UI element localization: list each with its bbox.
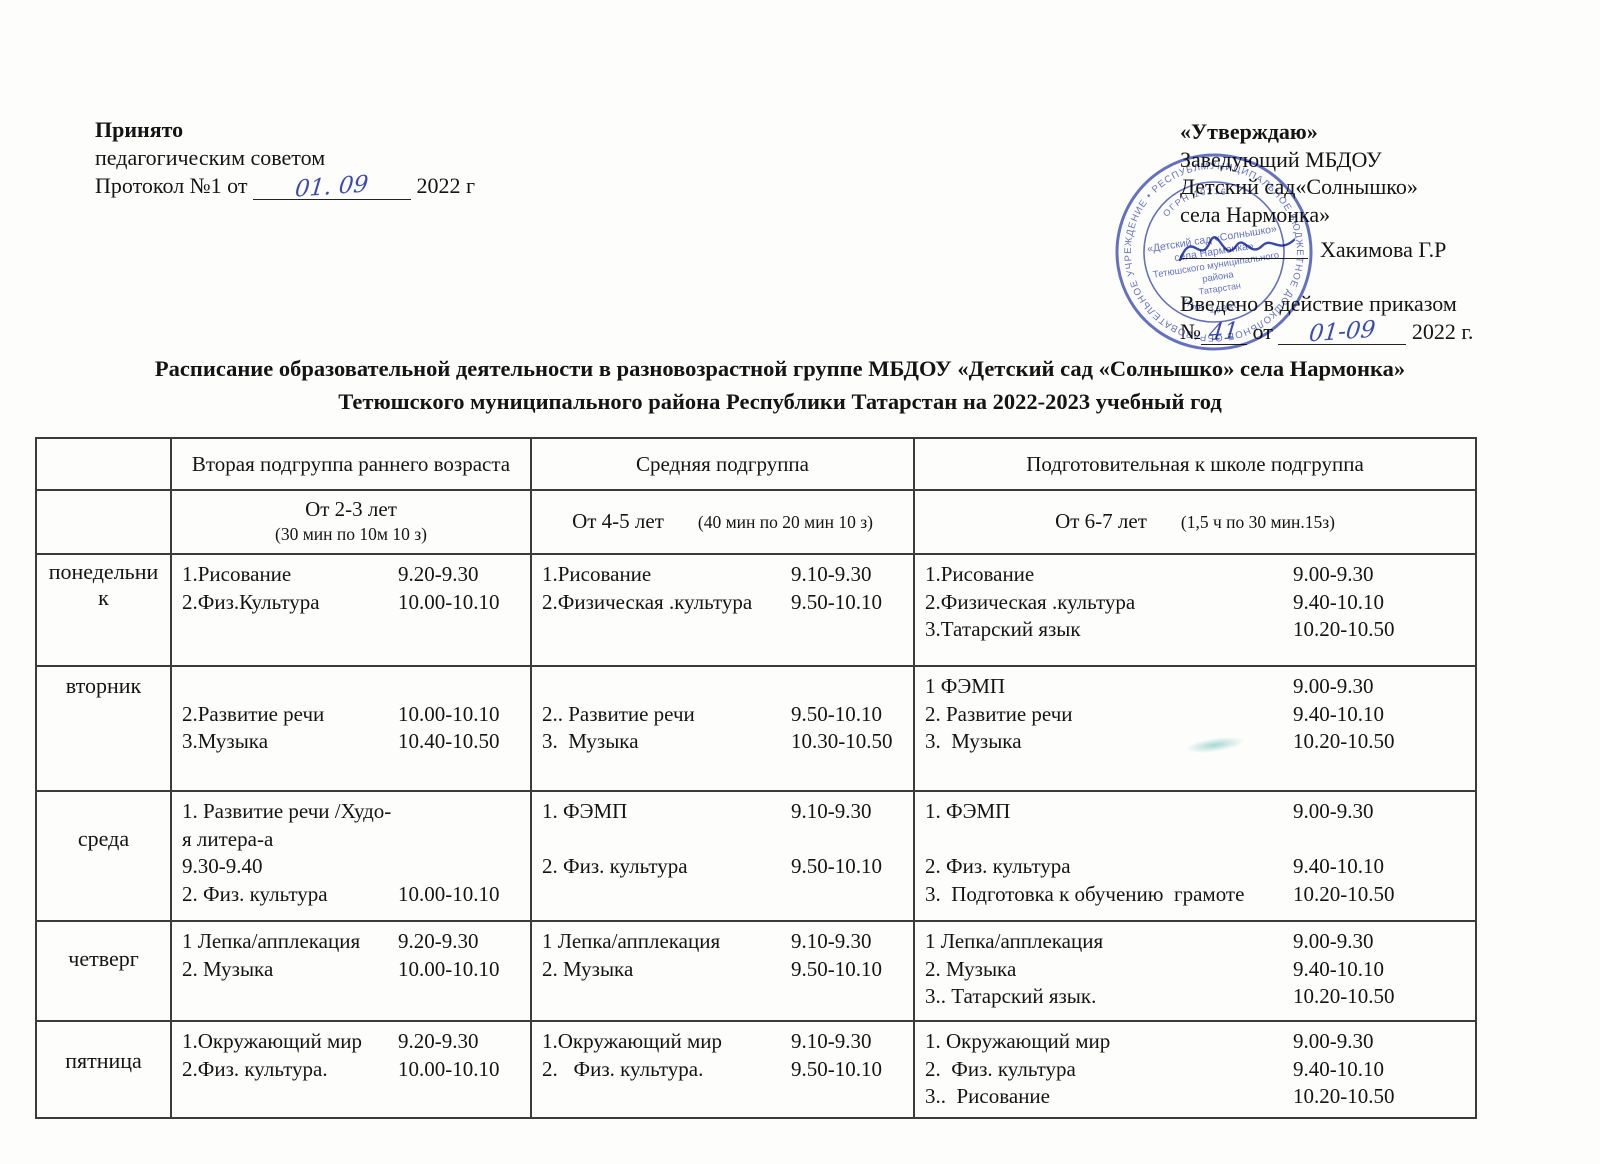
schedule-cell: 1. ФЭМП9.10-9.302. Физ. культура9.50-10.…	[531, 791, 914, 921]
activity-line: 2. Физ. культура9.40-10.10	[925, 1056, 1465, 1084]
activity-line: 2.Физическая .культура9.40-10.10	[925, 589, 1465, 617]
activity-time: 9.00-9.30	[1293, 673, 1465, 701]
activity-line: 1 Лепка/апплекация9.00-9.30	[925, 928, 1465, 956]
activity-name: 1.Рисование	[925, 561, 1293, 589]
age-range: От 6-7 лет	[1055, 509, 1147, 533]
activity-name: 3.. Рисование	[925, 1083, 1293, 1111]
accepted-line: педагогическим советом	[95, 144, 475, 172]
activity-line: 2. Музыка9.40-10.10	[925, 956, 1465, 984]
order-suffix: 2022 г.	[1412, 319, 1474, 344]
activity-name: 9.30-9.40	[182, 853, 398, 881]
order-date-underline: 01-09	[1278, 320, 1406, 345]
age-note: (40 мин по 20 мин 10 з)	[698, 512, 873, 532]
activity-time: 9.10-9.30	[791, 561, 903, 589]
activity-time: 9.20-9.30	[398, 1028, 520, 1056]
age-header-prep: От 6-7 лет(1,5 ч по 30 мин.15з)	[914, 490, 1476, 554]
activity-line: 2.Физ.Культура10.00-10.10	[182, 589, 520, 617]
activity-time: 10.40-10.50	[398, 728, 520, 756]
activity-name: 2. Физ. культура	[182, 881, 398, 909]
schedule-cell: 1 Лепка/апплекация9.20-9.302. Музыка10.0…	[171, 921, 531, 1021]
title-line2: Тетюшского муниципального района Республ…	[0, 385, 1560, 418]
activity-line: 2.Физическая .культура9.50-10.10	[542, 589, 903, 617]
activity-name: 2.. Развитие речи	[542, 701, 791, 729]
activity-time	[398, 798, 520, 853]
approved-line: Детский сад«Солнышко»	[1180, 173, 1540, 201]
schedule-cell: 1.Окружающий мир9.10-9.302. Физ. культур…	[531, 1021, 914, 1118]
day-label: среда	[36, 791, 171, 921]
table-row: понедельник1.Рисование9.20-9.302.Физ.Кул…	[36, 554, 1476, 666]
protocol-date-handwritten: 01. 09	[294, 172, 370, 201]
approved-heading: «Утверждаю»	[1180, 118, 1540, 146]
activity-name: 3. Подготовка к обучению грамоте	[925, 881, 1293, 909]
activity-time: 10.30-10.50	[791, 728, 903, 756]
activity-line: 3.. Татарский язык.10.20-10.50	[925, 983, 1465, 1011]
signer-name: Хакимова Г.Р	[1320, 236, 1446, 264]
activity-time: 10.00-10.10	[398, 1056, 520, 1084]
activity-name: 3. Музыка	[542, 728, 791, 756]
approved-line: Заведующий МБДОУ	[1180, 146, 1540, 174]
activity-name: 1. ФЭМП	[542, 798, 791, 826]
activity-name: 2. Музыка	[542, 956, 791, 984]
activity-name	[542, 673, 791, 701]
order-date-handwritten: 01-09	[1308, 318, 1377, 347]
activity-line: 2. Физ. культура.9.50-10.10	[542, 1056, 903, 1084]
activity-time: 10.20-10.50	[1293, 728, 1465, 756]
activity-time: 9.50-10.10	[791, 853, 903, 881]
activity-line: 1 Лепка/апплекация9.20-9.30	[182, 928, 520, 956]
activity-line	[925, 826, 1465, 854]
activity-name: 1 Лепка/апплекация	[925, 928, 1293, 956]
activity-time: 9.50-10.10	[791, 956, 903, 984]
activity-line: 1.Окружающий мир9.10-9.30	[542, 1028, 903, 1056]
activity-time: 9.40-10.10	[1293, 589, 1465, 617]
activity-line: 1.Окружающий мир9.20-9.30	[182, 1028, 520, 1056]
activity-line: 1.Рисование9.10-9.30	[542, 561, 903, 589]
activity-time: 9.50-10.10	[791, 701, 903, 729]
table-row: вторник2.Развитие речи10.00-10.103.Музык…	[36, 666, 1476, 791]
order-line: Введено в действие приказом	[1180, 290, 1540, 318]
activity-line: 2. Физ. культура9.40-10.10	[925, 853, 1465, 881]
activity-line: 3.Татарский язык10.20-10.50	[925, 616, 1465, 644]
activity-line: 2. Музыка10.00-10.10	[182, 956, 520, 984]
order-no-underline: 41	[1201, 320, 1247, 345]
activity-name: 2. Музыка	[925, 956, 1293, 984]
schedule-cell: 1.Рисование9.10-9.302.Физическая .культу…	[531, 554, 914, 666]
group-header-middle: Средняя подгруппа	[531, 438, 914, 490]
signature-icon	[1174, 220, 1314, 272]
activity-time: 9.40-10.10	[1293, 1056, 1465, 1084]
activity-line: 2. Развитие речи9.40-10.10	[925, 701, 1465, 729]
activity-line	[182, 673, 520, 701]
activity-line: 2.. Развитие речи9.50-10.10	[542, 701, 903, 729]
activity-time: 9.40-10.10	[1293, 701, 1465, 729]
activity-name: 2. Физ. культура	[925, 853, 1293, 881]
activity-name	[542, 826, 791, 854]
activity-line: 3.Музыка10.40-10.50	[182, 728, 520, 756]
schedule-cell: 2.. Развитие речи9.50-10.103. Музыка10.3…	[531, 666, 914, 791]
activity-name: 1. ФЭМП	[925, 798, 1293, 826]
activity-time	[1293, 826, 1465, 854]
accepted-heading: Принято	[95, 116, 475, 144]
activity-line: 1.Рисование9.00-9.30	[925, 561, 1465, 589]
activity-name: 1 Лепка/апплекация	[542, 928, 791, 956]
activity-time: 9.40-10.10	[1293, 956, 1465, 984]
activity-line: 1.Рисование9.20-9.30	[182, 561, 520, 589]
schedule-cell: 1 Лепка/апплекация9.00-9.302. Музыка9.40…	[914, 921, 1476, 1021]
group-header-early: Вторая подгруппа раннего возраста	[171, 438, 531, 490]
activity-line	[542, 673, 903, 701]
age-note: (30 мин по 10м 10 з)	[182, 522, 520, 547]
activity-name: 1 Лепка/апплекация	[182, 928, 398, 956]
age-header-row: От 2-3 лет (30 мин по 10м 10 з) От 4-5 л…	[36, 490, 1476, 554]
activity-line: 1 ФЭМП9.00-9.30	[925, 673, 1465, 701]
activity-name: 1.Рисование	[542, 561, 791, 589]
schedule-cell: 1. Развитие речи /Худо-я литера-а9.30-9.…	[171, 791, 531, 921]
corner-cell	[36, 490, 171, 554]
schedule-cell: 1. Окружающий мир9.00-9.302. Физ. культу…	[914, 1021, 1476, 1118]
schedule-cell: 2.Развитие речи10.00-10.103.Музыка10.40-…	[171, 666, 531, 791]
activity-name: 2. Музыка	[182, 956, 398, 984]
activity-time: 9.00-9.30	[1293, 798, 1465, 826]
protocol-suffix: 2022 г	[417, 173, 476, 198]
activity-name: 1.Окружающий мир	[542, 1028, 791, 1056]
table-row: пятница1.Окружающий мир9.20-9.302.Физ. к…	[36, 1021, 1476, 1118]
activity-line: 3. Музыка10.30-10.50	[542, 728, 903, 756]
corner-cell	[36, 438, 171, 490]
activity-name: 2.Физическая .культура	[542, 589, 791, 617]
activity-time	[398, 853, 520, 881]
activity-name: 2. Физ. культура	[925, 1056, 1293, 1084]
activity-name: 2.Физ. культура.	[182, 1056, 398, 1084]
order-no-prefix: №	[1180, 319, 1201, 344]
activity-line: 2.Развитие речи10.00-10.10	[182, 701, 520, 729]
activity-time: 10.00-10.10	[398, 701, 520, 729]
schedule-cell: 1.Рисование9.20-9.302.Физ.Культура10.00-…	[171, 554, 531, 666]
activity-line: 1. Развитие речи /Худо-я литера-а	[182, 798, 520, 853]
activity-time: 9.40-10.10	[1293, 853, 1465, 881]
schedule-table: Вторая подгруппа раннего возраста Средня…	[35, 437, 1477, 1119]
activity-time: 10.00-10.10	[398, 956, 520, 984]
order-mid: от	[1253, 319, 1273, 344]
activity-name: 1.Рисование	[182, 561, 398, 589]
activity-time: 9.50-10.10	[791, 1056, 903, 1084]
activity-time: 9.20-9.30	[398, 561, 520, 589]
group-header-row: Вторая подгруппа раннего возраста Средня…	[36, 438, 1476, 490]
activity-line: 2. Физ. культура10.00-10.10	[182, 881, 520, 909]
activity-name	[182, 673, 398, 701]
activity-time: 10.00-10.10	[398, 881, 520, 909]
activity-time	[791, 673, 903, 701]
activity-time: 9.00-9.30	[1293, 561, 1465, 589]
activity-line	[542, 826, 903, 854]
activity-name: 3.. Татарский язык.	[925, 983, 1293, 1011]
protocol-prefix: Протокол №1 от	[95, 173, 248, 198]
activity-name: 1.Окружающий мир	[182, 1028, 398, 1056]
activity-name: 2.Физическая .культура	[925, 589, 1293, 617]
activity-line: 9.30-9.40	[182, 853, 520, 881]
activity-line: 1. ФЭМП9.10-9.30	[542, 798, 903, 826]
order-number-line: №41 от 01-09 2022 г.	[1180, 318, 1540, 346]
activity-name: 2. Физ. культура	[542, 853, 791, 881]
activity-time: 10.20-10.50	[1293, 616, 1465, 644]
activity-name: 2.Физ.Культура	[182, 589, 398, 617]
table-row: среда1. Развитие речи /Худо-я литера-а9.…	[36, 791, 1476, 921]
activity-line: 1. ФЭМП9.00-9.30	[925, 798, 1465, 826]
activity-time: 9.00-9.30	[1293, 1028, 1465, 1056]
protocol-line: Протокол №1 от 01. 09 2022 г	[95, 172, 475, 200]
document-title: Расписание образовательной деятельности …	[0, 352, 1560, 418]
age-header-early: От 2-3 лет (30 мин по 10м 10 з)	[171, 490, 531, 554]
scanned-document-page: Принято педагогическим советом Протокол …	[0, 0, 1600, 1164]
title-line1: Расписание образовательной деятельности …	[0, 352, 1560, 385]
schedule-cell: 1.Рисование9.00-9.302.Физическая .культу…	[914, 554, 1476, 666]
activity-name: 2.Развитие речи	[182, 701, 398, 729]
accepted-block: Принято педагогическим советом Протокол …	[95, 116, 475, 200]
activity-line: 2. Музыка9.50-10.10	[542, 956, 903, 984]
activity-name: 3.Музыка	[182, 728, 398, 756]
activity-time: 9.10-9.30	[791, 1028, 903, 1056]
schedule-body: понедельник1.Рисование9.20-9.302.Физ.Кул…	[36, 554, 1476, 1118]
age-note: (1,5 ч по 30 мин.15з)	[1181, 512, 1335, 532]
order-no-handwritten: 41	[1208, 319, 1240, 345]
schedule-cell: 1.Окружающий мир9.20-9.302.Физ. культура…	[171, 1021, 531, 1118]
activity-time: 10.00-10.10	[398, 589, 520, 617]
activity-time: 9.00-9.30	[1293, 928, 1465, 956]
activity-line: 1 Лепка/апплекация9.10-9.30	[542, 928, 903, 956]
age-header-middle: От 4-5 лет(40 мин по 20 мин 10 з)	[531, 490, 914, 554]
group-header-prep: Подготовительная к школе подгруппа	[914, 438, 1476, 490]
activity-time: 9.10-9.30	[791, 798, 903, 826]
activity-line: 3. Подготовка к обучению грамоте10.20-10…	[925, 881, 1465, 909]
activity-name: 1 ФЭМП	[925, 673, 1293, 701]
activity-line: 2.Физ. культура.10.00-10.10	[182, 1056, 520, 1084]
activity-time	[791, 826, 903, 854]
activity-time: 9.20-9.30	[398, 928, 520, 956]
schedule-cell: 1 ФЭМП9.00-9.302. Развитие речи9.40-10.1…	[914, 666, 1476, 791]
activity-time: 10.20-10.50	[1293, 983, 1465, 1011]
order-block: Введено в действие приказом №41 от 01-09…	[1180, 290, 1540, 345]
day-label: четверг	[36, 921, 171, 1021]
day-label: пятница	[36, 1021, 171, 1118]
activity-name: 3.Татарский язык	[925, 616, 1293, 644]
activity-name	[925, 826, 1293, 854]
schedule-cell: 1. ФЭМП9.00-9.302. Физ. культура9.40-10.…	[914, 791, 1476, 921]
activity-time	[398, 673, 520, 701]
approved-block: «Утверждаю» Заведующий МБДОУ Детский сад…	[1180, 118, 1540, 345]
protocol-date-underline: 01. 09	[253, 175, 411, 200]
activity-name: 1. Развитие речи /Худо-я литера-а	[182, 798, 398, 853]
activity-time: 9.50-10.10	[791, 589, 903, 617]
age-range: От 4-5 лет	[572, 509, 664, 533]
day-label: вторник	[36, 666, 171, 791]
signature-row: Хакимова Г.Р	[1180, 234, 1540, 268]
activity-line: 2. Физ. культура9.50-10.10	[542, 853, 903, 881]
schedule-cell: 1 Лепка/апплекация9.10-9.302. Музыка9.50…	[531, 921, 914, 1021]
activity-line: 3.. Рисование10.20-10.50	[925, 1083, 1465, 1111]
activity-name: 2. Физ. культура.	[542, 1056, 791, 1084]
activity-name: 1. Окружающий мир	[925, 1028, 1293, 1056]
day-label: понедельник	[36, 554, 171, 666]
table-row: четверг1 Лепка/апплекация9.20-9.302. Муз…	[36, 921, 1476, 1021]
activity-time: 10.20-10.50	[1293, 1083, 1465, 1111]
age-range: От 2-3 лет	[182, 497, 520, 522]
activity-time: 9.10-9.30	[791, 928, 903, 956]
activity-line: 1. Окружающий мир9.00-9.30	[925, 1028, 1465, 1056]
activity-time: 10.20-10.50	[1293, 881, 1465, 909]
activity-name: 2. Развитие речи	[925, 701, 1293, 729]
